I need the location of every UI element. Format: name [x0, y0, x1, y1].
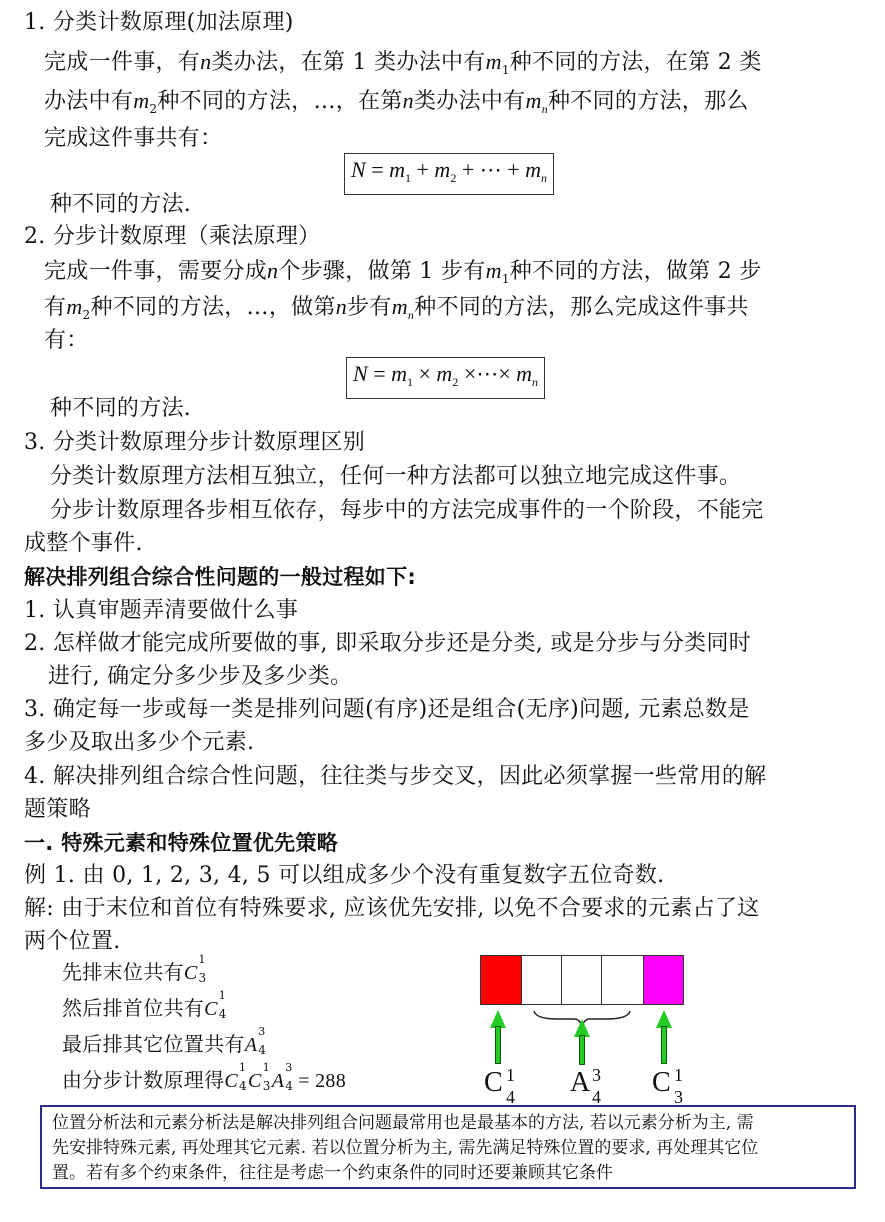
math-var: n	[267, 258, 278, 283]
subscript: 4	[258, 1044, 266, 1056]
text: 类办法，在第 1 类办法中有	[211, 50, 485, 75]
math-var: m	[66, 294, 82, 319]
math-symbol: A	[245, 1034, 258, 1056]
solution-step-1: 先排末位共有C13	[62, 957, 207, 988]
math-var: m	[525, 88, 541, 113]
solution-result: 由分步计数原理得C14C13A34= 288	[62, 1065, 346, 1096]
text: 种不同的方法，做第 2 步	[510, 259, 762, 284]
formula-lhs: N	[353, 361, 368, 386]
position-diagram	[480, 955, 685, 1007]
superscript: 1	[239, 1062, 246, 1074]
diagram-cell-last	[643, 955, 684, 1005]
superscript: 1	[198, 954, 205, 966]
summary-callout: 位置分析法和元素分析法是解决排列组合问题最常用也是最基本的方法, 若以元素分析为…	[40, 1105, 856, 1189]
formula-op: + ⋯ +	[456, 157, 525, 182]
process-step-4: 4. 解决排列组合综合性问题，往往类与步交叉，因此必须掌握一些常用的解	[24, 762, 767, 792]
formula-op: ×	[413, 361, 436, 386]
text: 种不同的方法，…，在第	[157, 89, 402, 114]
section-2-line-1: 完成一件事，需要分成n个步骤，做第 1 步有m1种不同的方法，做第 2 步	[44, 256, 762, 294]
example-1: 例 1. 由 0, 1, 2, 3, 4, 5 可以组成多少个没有重复数字五位奇…	[24, 861, 664, 891]
diagram-cell-first	[480, 955, 522, 1005]
process-step-1: 1. 认真审题弄清要做什么事	[24, 596, 298, 626]
text: 完成一件事，有	[44, 50, 200, 75]
solution-line-2: 两个位置.	[24, 927, 121, 957]
subscript: 3	[198, 972, 206, 984]
arrow-shaft	[579, 1035, 585, 1065]
text: 类办法中有	[414, 89, 526, 114]
diagram-label-last: C13	[652, 1068, 671, 1098]
process-heading: 解决排列组合综合性问题的一般过程如下:	[24, 562, 416, 592]
strategy-1-heading: 一. 特殊元素和特殊位置优先策略	[24, 828, 338, 858]
formula-lhs: N	[351, 157, 366, 182]
math-symbol: A	[272, 1070, 285, 1092]
text: 种不同的方法，那么	[548, 89, 749, 114]
arrow-shaft	[495, 1026, 501, 1064]
math-var: n	[200, 49, 211, 74]
math-var: m	[486, 49, 502, 74]
process-step-3-cont: 多少及取出多少个元素.	[24, 728, 254, 758]
formula-term: m	[389, 157, 405, 182]
section-2-line-3: 有：	[44, 326, 89, 356]
section-1-after: 种不同的方法.	[50, 190, 191, 220]
subscript: 1	[502, 272, 510, 286]
arrow-shaft	[661, 1026, 667, 1064]
text: 种不同的方法，在第 2 类	[510, 50, 762, 75]
subscript: n	[532, 375, 538, 389]
section-3-p2-line-1: 分步计数原理各步相互依存，每步中的方法完成事件的一个阶段，不能完	[50, 496, 764, 526]
math-symbol: C	[652, 1067, 671, 1098]
section-1-line-3: 完成这件事共有：	[44, 124, 222, 154]
math-symbol: C	[224, 1070, 238, 1092]
text: 先排末位共有	[62, 960, 184, 984]
solution-step-3: 最后排其它位置共有A34	[62, 1029, 267, 1060]
section-1-title: 1. 分类计数原理(加法原理)	[24, 8, 294, 38]
subscript: 1	[502, 63, 510, 77]
formula-term: m	[525, 157, 541, 182]
diagram-label-first: C14	[484, 1068, 503, 1098]
diagram-cell-middle	[561, 955, 602, 1005]
formula-eq: =	[366, 157, 389, 182]
superscript: 3	[285, 1062, 292, 1074]
callout-line: 置。若有多个约束条件，往往是考虑一个约束条件的同时还要兼顾其它条件	[52, 1161, 844, 1186]
text: 然后排首位共有	[62, 996, 204, 1020]
text: 个步骤，做第 1 步有	[278, 259, 485, 284]
section-3-title: 3. 分类计数原理分步计数原理区别	[24, 428, 365, 458]
diagram-label-middle: A34	[570, 1068, 590, 1098]
subscript: 4	[219, 1008, 227, 1020]
superscript: 3	[258, 1026, 265, 1038]
formula-multiplication-principle: N = m1 × m2 ×⋯× mn	[346, 357, 545, 399]
section-2-title: 2. 分步计数原理（乘法原理）	[24, 222, 320, 252]
superscript: 1	[219, 990, 226, 1002]
solution-step-2: 然后排首位共有C14	[62, 993, 228, 1024]
callout-line: 位置分析法和元素分析法是解决排列组合问题最常用也是最基本的方法, 若以元素分析为…	[52, 1111, 844, 1136]
math-var: m	[133, 88, 149, 113]
section-3-p1: 分类计数原理方法相互独立，任何一种方法都可以独立地完成这件事。	[50, 462, 741, 492]
text: 由分步计数原理得	[62, 1068, 224, 1092]
process-step-4-cont: 题策略	[24, 795, 91, 825]
subscript: 3	[263, 1080, 271, 1092]
math-symbol: A	[570, 1067, 590, 1098]
callout-line: 先安排特殊元素, 再处理其它元素. 若以位置分析为主, 需先满足特殊位置的要求,…	[52, 1136, 844, 1161]
formula-term: m	[391, 361, 407, 386]
section-1-line-1: 完成一件事，有n类办法，在第 1 类办法中有m1种不同的方法，在第 2 类	[44, 47, 762, 85]
section-2-line-2: 有m2种不同的方法，…，做第n步有mn种不同的方法，那么完成这件事共	[44, 292, 749, 330]
formula-op: +	[411, 157, 434, 182]
formula-term: m	[436, 361, 452, 386]
process-step-3: 3. 确定每一步或每一类是排列问题(有序)还是组合(无序)问题, 元素总数是	[24, 695, 750, 725]
text: 有	[44, 295, 66, 320]
text: 最后排其它位置共有	[62, 1032, 245, 1056]
formula-addition-principle: N = m1 + m2 + ⋯ + mn	[344, 153, 554, 195]
math-symbol: C	[184, 962, 198, 984]
process-step-2-cont: 进行, 确定分多少步及多少类。	[48, 662, 353, 692]
formula-eq: =	[368, 361, 391, 386]
math-var: n	[403, 88, 414, 113]
process-step-2: 2. 怎样做才能完成所要做的事, 即采取分步还是分类, 或是分步与分类同时	[24, 629, 751, 659]
math-symbol: C	[484, 1067, 503, 1098]
formula-op: ×⋯×	[458, 361, 516, 386]
diagram-cell-middle	[521, 955, 562, 1005]
section-2-after: 种不同的方法.	[50, 394, 191, 424]
formula-term: m	[434, 157, 450, 182]
math-var: m	[486, 258, 502, 283]
text: 完成一件事，需要分成	[44, 259, 267, 284]
text: 步有	[347, 295, 392, 320]
section-3-p2-line-2: 成整个事件.	[24, 529, 143, 559]
text: 种不同的方法，那么完成这件事共	[414, 295, 749, 320]
subscript: 4	[285, 1080, 293, 1092]
math-symbol: C	[248, 1070, 262, 1092]
solution-line-1: 解: 由于末位和首位有特殊要求, 应该优先安排, 以免不合要求的元素占了这	[24, 894, 759, 924]
math-var: m	[392, 294, 408, 319]
superscript: 1	[263, 1062, 270, 1074]
section-1-line-2: 办法中有m2种不同的方法，…，在第n类办法中有mn种不同的方法，那么	[44, 86, 749, 124]
math-var: n	[336, 294, 347, 319]
text: 种不同的方法，…，做第	[90, 295, 335, 320]
subscript: 4	[239, 1080, 247, 1092]
math-symbol: C	[204, 998, 218, 1020]
subscript: n	[541, 171, 547, 185]
diagram-cell-middle	[601, 955, 644, 1005]
formula-term: m	[516, 361, 532, 386]
text: 办法中有	[44, 89, 133, 114]
result-value: = 288	[298, 1070, 346, 1092]
